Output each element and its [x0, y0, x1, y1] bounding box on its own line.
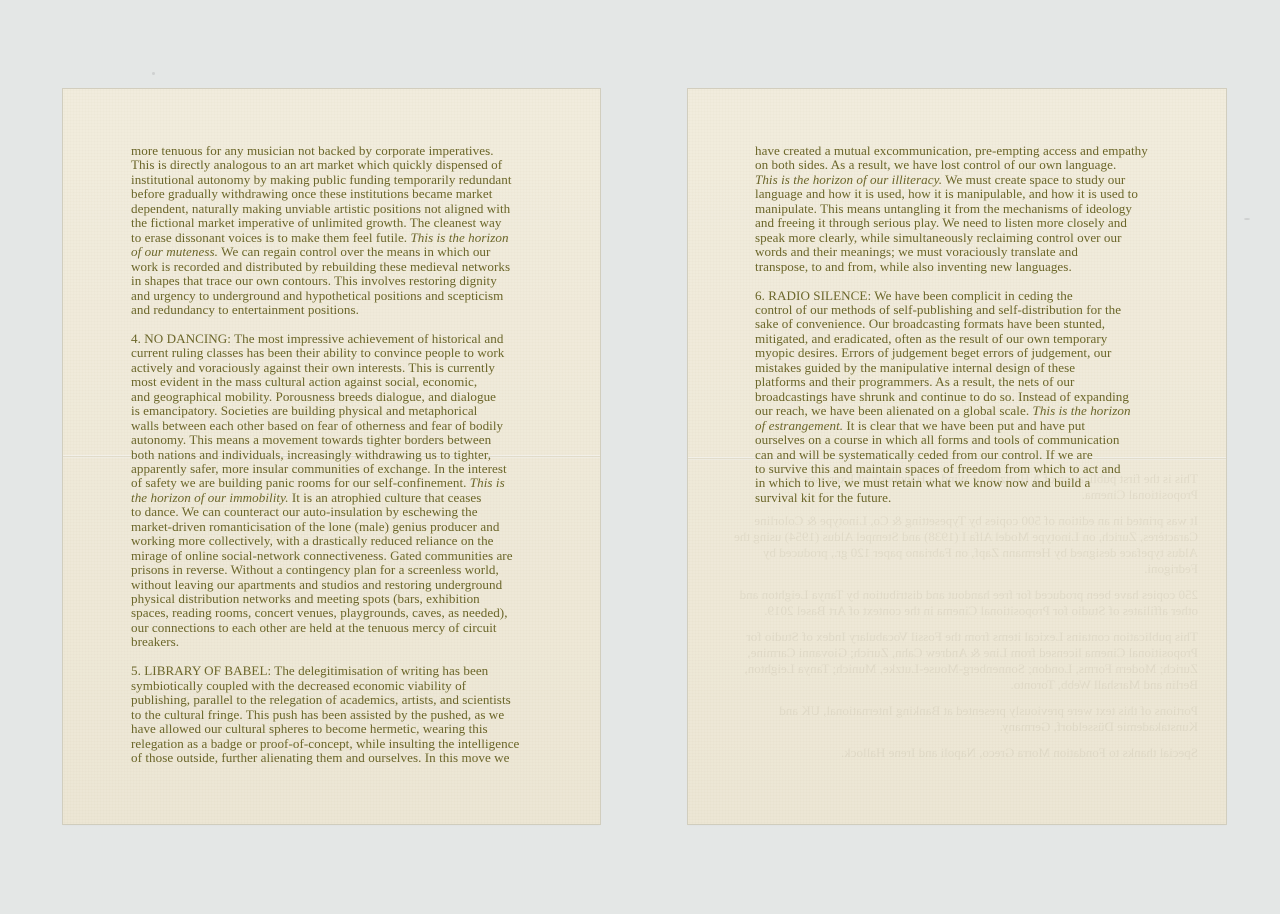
paragraph: 6. RADIO SILENCE: We have been complicit… — [755, 289, 1160, 506]
text-segment: relegation as a badge or proof-of-concep… — [131, 736, 519, 751]
text-segment: on both sides. As a result, we have lost… — [755, 157, 1116, 172]
text-segment: and geographical mobility. Porousness br… — [131, 389, 496, 404]
text-segment: platforms and their programmers. As a re… — [755, 374, 1074, 389]
text-line: more tenuous for any musician not backed… — [131, 144, 531, 158]
text-segment: It is clear that we have been put and ha… — [843, 418, 1085, 433]
text-segment: most evident in the mass cultural action… — [131, 374, 477, 389]
show-through-paragraph: Special thanks to Fondation Morra Greco,… — [718, 745, 1198, 761]
text-segment: language and how it is used, how it is m… — [755, 186, 1138, 201]
text-segment: actively and voraciously against their o… — [131, 360, 495, 375]
show-through-paragraph: Portions of this text were previously pr… — [718, 703, 1198, 735]
show-through-paragraph: This publication contains Lexical items … — [718, 629, 1198, 693]
text-line: of our muteness. We can regain control o… — [131, 245, 531, 259]
text-line: institutional autonomy by making public … — [131, 173, 531, 187]
text-line: autonomy. This means a movement towards … — [131, 433, 531, 447]
italic-phrase: This is the horizon — [1032, 403, 1130, 418]
text-line: and urgency to underground and hypotheti… — [131, 289, 531, 303]
text-segment: physical distribution networks and meeti… — [131, 591, 480, 606]
text-line: mistakes guided by the manipulative inte… — [755, 361, 1160, 375]
text-segment: mitigated, and eradicated, often as the … — [755, 331, 1107, 346]
text-line: without leaving our apartments and studi… — [131, 578, 531, 592]
text-segment: and urgency to underground and hypotheti… — [131, 288, 503, 303]
text-segment: broadcastings have shrunk and continue t… — [755, 389, 1129, 404]
text-segment: and freeing it through serious play. We … — [755, 215, 1127, 230]
text-segment: publishing, parallel to the relegation o… — [131, 692, 511, 707]
text-segment: more tenuous for any musician not backed… — [131, 143, 494, 158]
text-line: on both sides. As a result, we have lost… — [755, 158, 1160, 172]
text-segment: is emancipatory. Societies are building … — [131, 403, 477, 418]
text-segment: walls between each other based on fear o… — [131, 418, 503, 433]
text-segment: control of our methods of self-publishin… — [755, 302, 1121, 317]
text-segment: manipulate. This means untangling it fro… — [755, 201, 1132, 216]
text-segment: dependent, naturally making unviable art… — [131, 201, 510, 216]
text-segment: ourselves on a course in which all forms… — [755, 432, 1119, 447]
text-line: publishing, parallel to the relegation o… — [131, 693, 531, 707]
text-line: and freeing it through serious play. We … — [755, 216, 1160, 230]
text-line: speak more clearly, while simultaneously… — [755, 231, 1160, 245]
show-through-paragraph: It was printed in an edition of 500 copi… — [718, 513, 1198, 577]
text-line: market-driven romanticisation of the lon… — [131, 520, 531, 534]
paragraph: have created a mutual excommunication, p… — [755, 144, 1160, 274]
text-line: language and how it is used, how it is m… — [755, 187, 1160, 201]
text-line: survival kit for the future. — [755, 491, 1160, 505]
text-segment: our connections to each other are held a… — [131, 620, 497, 635]
text-segment: apparently safer, more insular communiti… — [131, 461, 507, 476]
dust-speck — [1244, 218, 1250, 220]
text-line: 6. RADIO SILENCE: We have been complicit… — [755, 289, 1160, 303]
text-segment: to survive this and maintain spaces of f… — [755, 461, 1121, 476]
text-line: platforms and their programmers. As a re… — [755, 375, 1160, 389]
text-line: ourselves on a course in which all forms… — [755, 433, 1160, 447]
text-line: our reach, we have been alienated on a g… — [755, 404, 1160, 418]
text-segment: both nations and individuals, increasing… — [131, 447, 491, 462]
text-line: current ruling classes has been their ab… — [131, 346, 531, 360]
text-line: physical distribution networks and meeti… — [131, 592, 531, 606]
text-line: mirage of online social-network connecti… — [131, 549, 531, 563]
text-segment: and redundancy to entertainment position… — [131, 302, 359, 317]
text-line: is emancipatory. Societies are building … — [131, 404, 531, 418]
text-line: to survive this and maintain spaces of f… — [755, 462, 1160, 476]
text-segment: our reach, we have been alienated on a g… — [755, 403, 1032, 418]
text-segment: institutional autonomy by making public … — [131, 172, 512, 187]
text-segment: mirage of online social-network connecti… — [131, 548, 513, 563]
text-segment: 6. RADIO SILENCE: We have been complicit… — [755, 288, 1073, 303]
italic-phrase: This is — [470, 475, 505, 490]
text-line: breakers. — [131, 635, 531, 649]
text-segment: market-driven romanticisation of the lon… — [131, 519, 499, 534]
italic-phrase: This is the horizon — [410, 230, 508, 245]
text-line: myopic desires. Errors of judgement bege… — [755, 346, 1160, 360]
text-line: in which to live, we must retain what we… — [755, 476, 1160, 490]
text-segment: have created a mutual excommunication, p… — [755, 143, 1148, 158]
paragraph: 4. NO DANCING: The most impressive achie… — [131, 332, 531, 650]
text-line: broadcastings have shrunk and continue t… — [755, 390, 1160, 404]
text-segment: to erase dissonant voices is to make the… — [131, 230, 410, 245]
text-line: and redundancy to entertainment position… — [131, 303, 531, 317]
text-segment: without leaving our apartments and studi… — [131, 577, 502, 592]
text-line: This is the horizon of our illiteracy. W… — [755, 173, 1160, 187]
text-line: have created a mutual excommunication, p… — [755, 144, 1160, 158]
document-page-left: more tenuous for any musician not backed… — [63, 89, 600, 824]
text-line: spaces, reading rooms, concert venues, p… — [131, 606, 531, 620]
text-line: of estrangement. It is clear that we hav… — [755, 419, 1160, 433]
text-line: actively and voraciously against their o… — [131, 361, 531, 375]
text-segment: myopic desires. Errors of judgement bege… — [755, 345, 1111, 360]
text-segment: sake of convenience. Our broadcasting fo… — [755, 316, 1105, 331]
paragraph: more tenuous for any musician not backed… — [131, 144, 531, 317]
text-segment: in shapes that trace our own contours. T… — [131, 273, 497, 288]
text-line: and geographical mobility. Porousness br… — [131, 390, 531, 404]
text-line: of those outside, further alienating the… — [131, 751, 531, 765]
page-text-block: more tenuous for any musician not backed… — [131, 144, 531, 780]
italic-phrase: of our muteness. — [131, 244, 218, 259]
text-segment: It is an atrophied culture that ceases — [289, 490, 482, 505]
text-segment: We must create space to study our — [942, 172, 1125, 187]
text-segment: of those outside, further alienating the… — [131, 750, 510, 765]
text-segment: the fictional market imperative of unlim… — [131, 215, 501, 230]
page-text-block: have created a mutual excommunication, p… — [755, 144, 1160, 520]
text-line: working more collectively, with a drasti… — [131, 534, 531, 548]
text-line: manipulate. This means untangling it fro… — [755, 202, 1160, 216]
text-segment: current ruling classes has been their ab… — [131, 345, 504, 360]
text-segment: 4. NO DANCING: The most impressive achie… — [131, 331, 503, 346]
text-segment: autonomy. This means a movement towards … — [131, 432, 491, 447]
document-page-right: This is the first publication of A Horiz… — [688, 89, 1226, 824]
text-line: to dance. We can counteract our auto-ins… — [131, 505, 531, 519]
text-line: to erase dissonant voices is to make the… — [131, 231, 531, 245]
text-segment: speak more clearly, while simultaneously… — [755, 230, 1122, 245]
text-segment: of safety we are building panic rooms fo… — [131, 475, 470, 490]
text-line: symbiotically coupled with the decreased… — [131, 679, 531, 693]
paragraph: 5. LIBRARY OF BABEL: The delegitimisatio… — [131, 664, 531, 765]
text-line: 4. NO DANCING: The most impressive achie… — [131, 332, 531, 346]
text-line: mitigated, and eradicated, often as the … — [755, 332, 1160, 346]
text-line: prisons in reverse. Without a contingenc… — [131, 563, 531, 577]
text-segment: spaces, reading rooms, concert venues, p… — [131, 605, 508, 620]
text-segment: work is recorded and distributed by rebu… — [131, 259, 510, 274]
text-line: of safety we are building panic rooms fo… — [131, 476, 531, 490]
dust-speck — [152, 72, 155, 75]
text-line: work is recorded and distributed by rebu… — [131, 260, 531, 274]
text-line: can and will be systematically ceded fro… — [755, 448, 1160, 462]
text-line: walls between each other based on fear o… — [131, 419, 531, 433]
text-line: before gradually withdrawing once these … — [131, 187, 531, 201]
text-line: both nations and individuals, increasing… — [131, 448, 531, 462]
italic-phrase: the horizon of our immobility. — [131, 490, 289, 505]
text-line: the fictional market imperative of unlim… — [131, 216, 531, 230]
text-line: words and their meanings; we must voraci… — [755, 245, 1160, 259]
text-line: This is directly analogous to an art mar… — [131, 158, 531, 172]
text-line: transpose, to and from, while also inven… — [755, 260, 1160, 274]
text-segment: words and their meanings; we must voraci… — [755, 244, 1078, 259]
text-segment: can and will be systematically ceded fro… — [755, 447, 1093, 462]
text-segment: mistakes guided by the manipulative inte… — [755, 360, 1075, 375]
text-segment: in which to live, we must retain what we… — [755, 475, 1090, 490]
text-segment: symbiotically coupled with the decreased… — [131, 678, 466, 693]
text-segment: have allowed our cultural spheres to bec… — [131, 721, 488, 736]
show-through-paragraph: 250 copies have been produced for free h… — [718, 587, 1198, 619]
italic-phrase: of estrangement. — [755, 418, 843, 433]
text-segment: We can regain control over the means in … — [218, 244, 490, 259]
text-segment: to dance. We can counteract our auto-ins… — [131, 504, 478, 519]
text-line: have allowed our cultural spheres to bec… — [131, 722, 531, 736]
text-segment: working more collectively, with a drasti… — [131, 533, 494, 548]
text-line: apparently safer, more insular communiti… — [131, 462, 531, 476]
text-line: the horizon of our immobility. It is an … — [131, 491, 531, 505]
text-segment: to the cultural fringe. This push has be… — [131, 707, 504, 722]
italic-phrase: This is the horizon of our illiteracy. — [755, 172, 942, 187]
text-line: most evident in the mass cultural action… — [131, 375, 531, 389]
text-segment: prisons in reverse. Without a contingenc… — [131, 562, 499, 577]
text-line: relegation as a badge or proof-of-concep… — [131, 737, 531, 751]
text-line: in shapes that trace our own contours. T… — [131, 274, 531, 288]
text-line: 5. LIBRARY OF BABEL: The delegitimisatio… — [131, 664, 531, 678]
text-segment: survival kit for the future. — [755, 490, 891, 505]
text-segment: transpose, to and from, while also inven… — [755, 259, 1072, 274]
text-line: dependent, naturally making unviable art… — [131, 202, 531, 216]
text-segment: breakers. — [131, 634, 179, 649]
text-segment: This is directly analogous to an art mar… — [131, 157, 502, 172]
text-line: our connections to each other are held a… — [131, 621, 531, 635]
text-line: control of our methods of self-publishin… — [755, 303, 1160, 317]
text-line: to the cultural fringe. This push has be… — [131, 708, 531, 722]
text-line: sake of convenience. Our broadcasting fo… — [755, 317, 1160, 331]
text-segment: 5. LIBRARY OF BABEL: The delegitimisatio… — [131, 663, 488, 678]
text-segment: before gradually withdrawing once these … — [131, 186, 492, 201]
